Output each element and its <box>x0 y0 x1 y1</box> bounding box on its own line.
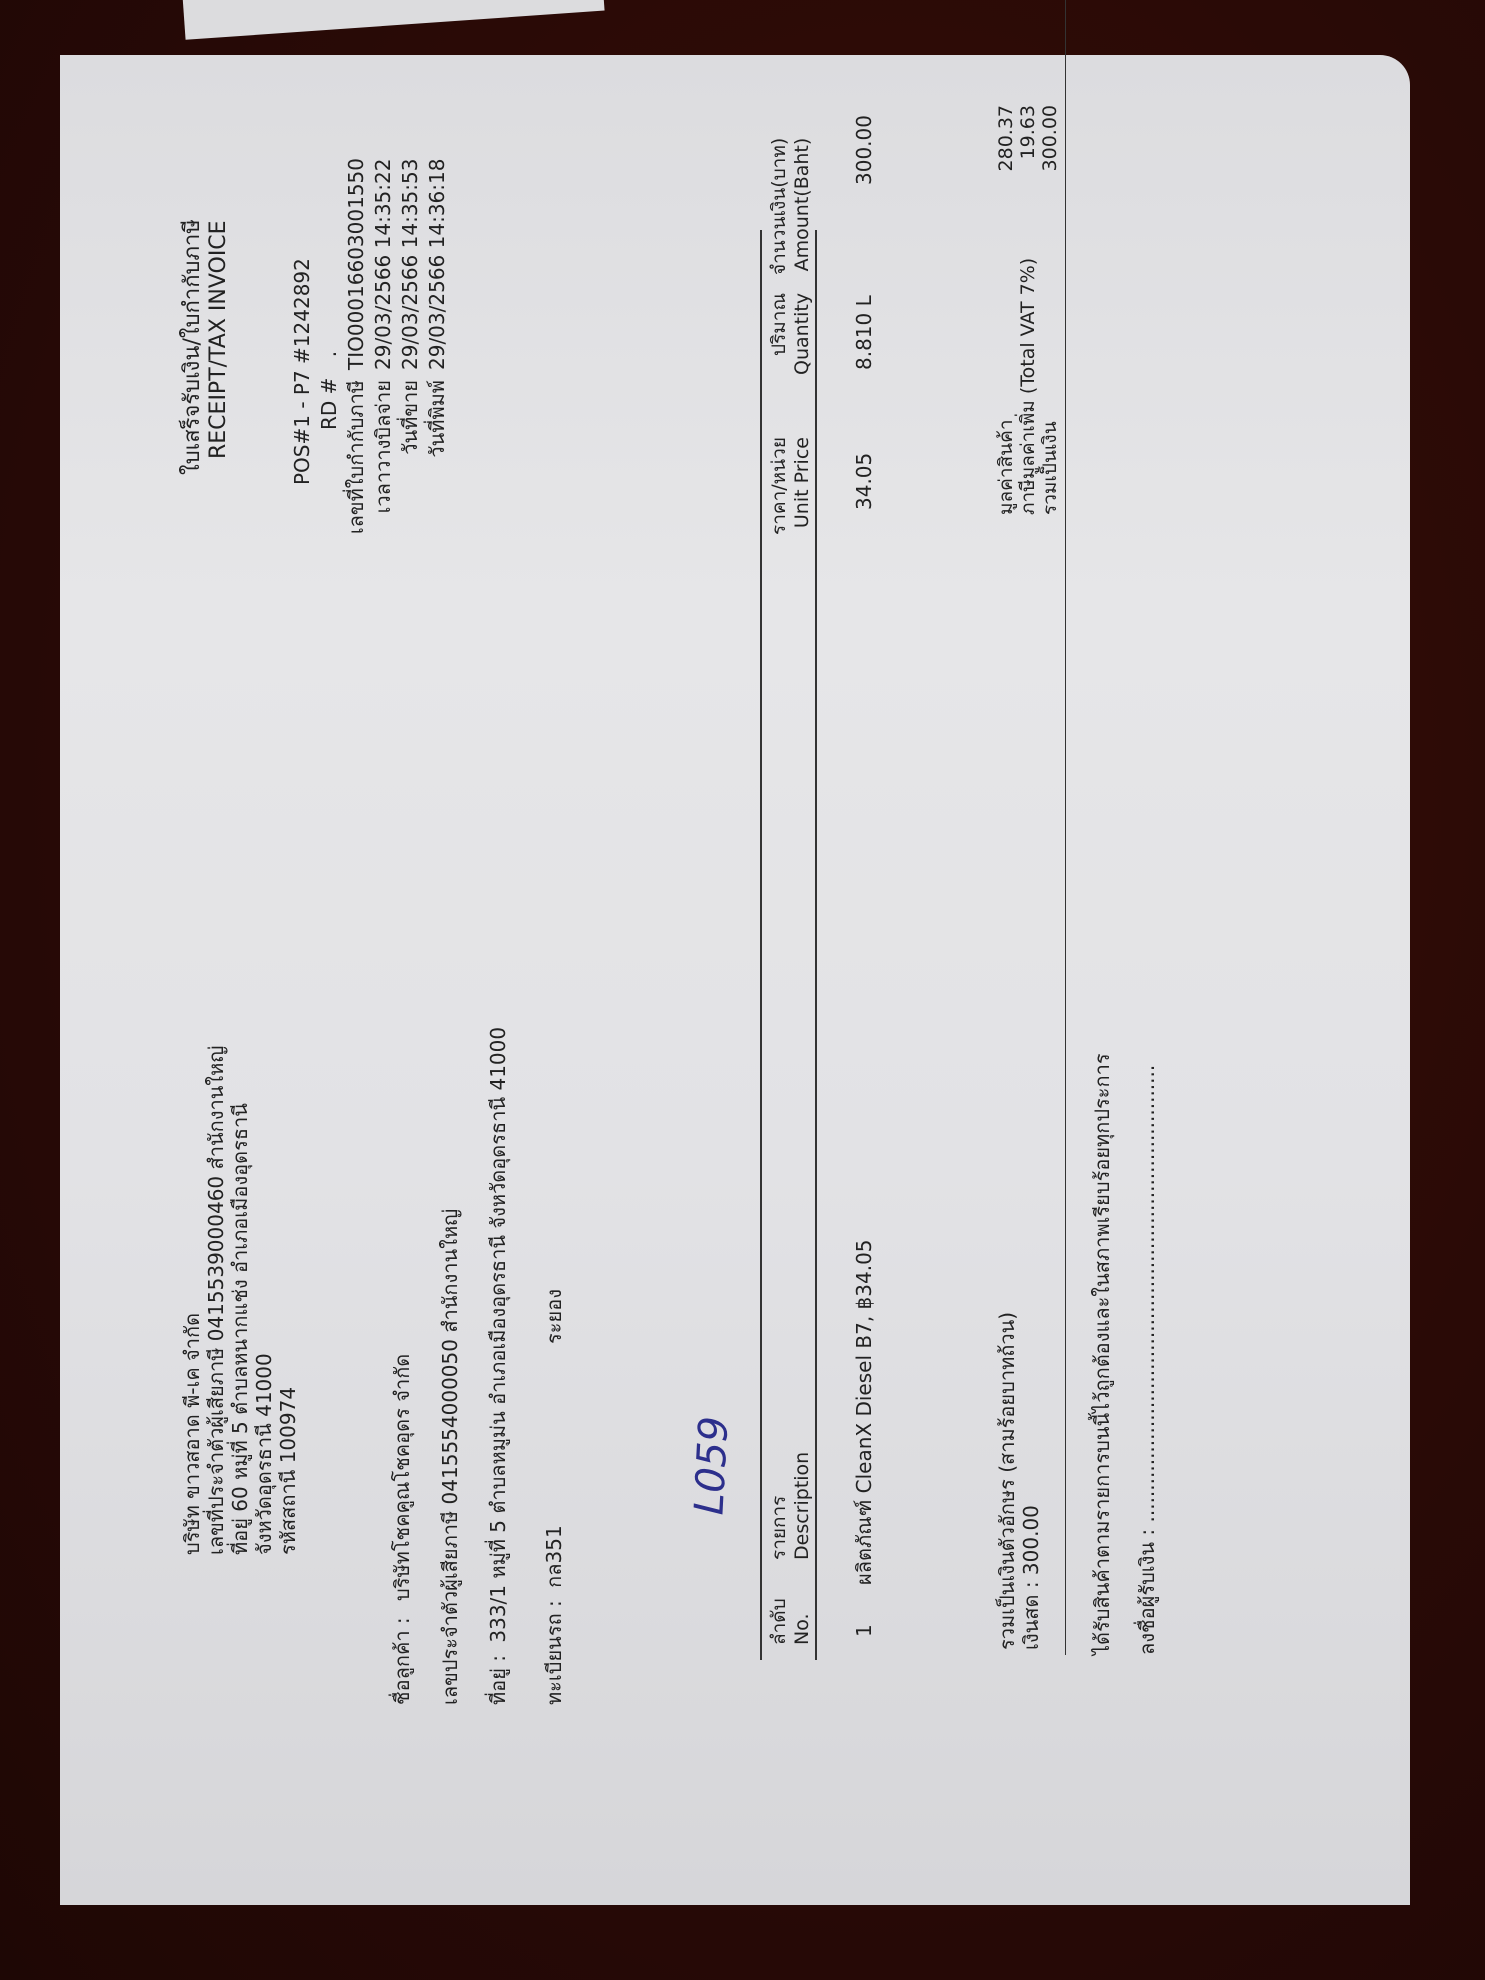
meta-label: วันที่พิมพ์ <box>425 380 449 555</box>
receipt-paper: บริษัท ขาวสอาด พี-เค จำกัด เลขที่ประจำตั… <box>60 55 1410 1905</box>
plate-province: ระยอง <box>542 1289 566 1344</box>
pos-line: POS#1 - P7 #1242892 <box>290 158 317 555</box>
col-header-th: จำนวนเงิน(บาท) <box>768 138 791 275</box>
item-unit-price: 34.05 <box>852 453 876 510</box>
subtotal-value: 280.37 <box>995 105 1017 175</box>
vat-value: 19.63 <box>1017 105 1039 175</box>
customer-name: บริษัทโชคคูณโชคอุดร จำกัด <box>390 1354 414 1601</box>
document-meta: POS#1 - P7 #1242892 RD # . เลขที่ใบกำกับ… <box>290 158 452 555</box>
total-value: 300.00 <box>1039 105 1061 175</box>
rd-label: RD # <box>317 378 341 430</box>
cash-paid: เงินสด : 300.00 <box>1019 1312 1043 1650</box>
plate-number: กล351 <box>542 1525 566 1588</box>
plate-label: ทะเบียนรถ : <box>542 1600 566 1705</box>
col-header-en: Unit Price <box>791 437 814 535</box>
customer-block: ชื่อลูกค้า : บริษัทโชคคูณโชคอุดร จำกัด เ… <box>390 1027 590 1705</box>
rd-value: . <box>317 351 341 357</box>
customer-address: 333/1 หมู่ที่ 5 ตำบลหมูม่น อำเภอเมืองอุด… <box>486 1027 510 1643</box>
col-header-th: ราคา/หน่วย <box>768 437 791 535</box>
amount-in-words-block: รวมเป็นเงินตัวอักษร (สามร้อยบาทถ้วน) เงิ… <box>995 1312 1043 1650</box>
title-th: ใบเสร็จรับเงิน/ใบกำกับภาษี <box>180 219 206 475</box>
item-description: ผลิตภัณฑ์ CleanX Diesel B7, ฿34.05 <box>852 1239 876 1585</box>
signature-line: ลงชื่อผู้รับเงิน : .....................… <box>1135 1065 1159 1655</box>
total-label: รวมเป็นเงิน <box>1039 258 1061 515</box>
title-en: RECEIPT/TAX INVOICE <box>206 219 232 475</box>
col-header-unit-price: ราคา/หน่วย Unit Price <box>768 437 814 535</box>
item-quantity: 8.810 L <box>852 295 876 370</box>
acknowledgement: ได้รับสินค้าตามรายการบนนี้ไว้ถูกต้องและใ… <box>1090 1053 1114 1655</box>
receipt-photo: บริษัท ขาวสอาด พี-เค จำกัด เลขที่ประจำตั… <box>60 55 1410 1905</box>
col-header-no: ลำดับ No. <box>768 1598 814 1645</box>
company-tax-id: เลขที่ประจำตัวผู้เสียภาษี 0415539000460 … <box>204 1046 228 1555</box>
meta-row: วันที่พิมพ์29/03/2566 14:36:18 <box>425 158 452 555</box>
col-header-en: Quantity <box>791 293 814 375</box>
meta-label: เลขที่ใบกำกับภาษี <box>344 380 368 555</box>
col-header-en: Description <box>791 1452 814 1560</box>
handwritten-note: L059 <box>697 1416 726 1516</box>
item-amount: 300.00 <box>852 115 876 185</box>
vat-label: ภาษีมูลค่าเพิ่ม (Total VAT 7%) <box>1017 258 1039 515</box>
totals-labels: มูลค่าสินค้า ภาษีมูลค่าเพิ่ม (Total VAT … <box>995 258 1061 515</box>
table-header-rule <box>815 230 817 1660</box>
company-name: บริษัท ขาวสอาด พี-เค จำกัด <box>180 1046 204 1555</box>
plate-row: ทะเบียนรถ : กล351 ระยอง <box>542 1027 590 1705</box>
meta-row: เวลาวางบิลจ่าย29/03/2566 14:35:22 <box>371 158 398 555</box>
customer-name-row: ชื่อลูกค้า : บริษัทโชคคูณโชคอุดร จำกัด <box>390 1027 438 1705</box>
col-header-quantity: ปริมาณ Quantity <box>768 293 814 375</box>
col-header-th: รายการ <box>768 1452 791 1560</box>
item-no: 1 <box>852 1624 876 1637</box>
totals-values: 280.37 19.63 300.00 <box>995 105 1061 175</box>
amount-in-words: รวมเป็นเงินตัวอักษร (สามร้อยบาทถ้วน) <box>995 1312 1019 1650</box>
document-title: ใบเสร็จรับเงิน/ใบกำกับภาษี RECEIPT/TAX I… <box>180 219 232 475</box>
rd-line: RD # . <box>317 158 344 555</box>
col-header-th: ปริมาณ <box>768 293 791 375</box>
meta-value: 29/03/2566 14:36:18 <box>425 159 449 370</box>
company-address-1: ที่อยู่ 60 หมู่ที่ 5 ตำบลหนากแช่ง อำเภอเ… <box>228 1046 252 1555</box>
footer-rule <box>1065 0 1066 1655</box>
table-top-rule <box>760 230 762 1660</box>
background-paper-scrap <box>180 0 605 40</box>
meta-value: TIO00016603001550 <box>344 158 368 370</box>
meta-value: 29/03/2566 14:35:22 <box>371 159 395 370</box>
signature-label: ลงชื่อผู้รับเงิน : <box>1135 1529 1159 1655</box>
meta-row: วันที่ขาย29/03/2566 14:35:53 <box>398 158 425 555</box>
customer-address-row: ที่อยู่ : 333/1 หมู่ที่ 5 ตำบลหมูม่น อำเ… <box>486 1027 534 1705</box>
subtotal-label: มูลค่าสินค้า <box>995 258 1017 515</box>
col-header-description: รายการ Description <box>768 1452 814 1560</box>
meta-label: วันที่ขาย <box>398 380 422 555</box>
meta-row: เลขที่ใบกำกับภาษีTIO00016603001550 <box>344 158 371 555</box>
station-code: รหัสสถานี 100974 <box>276 1046 300 1555</box>
company-address-2: จังหวัดอุดรธานี 41000 <box>252 1046 276 1555</box>
col-header-th: ลำดับ <box>768 1598 791 1645</box>
company-header: บริษัท ขาวสอาด พี-เค จำกัด เลขที่ประจำตั… <box>180 1046 300 1555</box>
signature-dots: ........................................… <box>1135 1065 1159 1523</box>
col-header-en: No. <box>791 1598 814 1645</box>
col-header-en: Amount(Baht) <box>791 138 814 275</box>
meta-label: เวลาวางบิลจ่าย <box>371 380 395 555</box>
customer-name-label: ชื่อลูกค้า : <box>390 1617 414 1705</box>
customer-tax-id: เลขประจำตัวผู้เสียภาษี 0415554000050 สำน… <box>438 1027 486 1705</box>
col-header-amount: จำนวนเงิน(บาท) Amount(Baht) <box>768 138 814 275</box>
meta-value: 29/03/2566 14:35:53 <box>398 159 422 370</box>
customer-address-label: ที่อยู่ : <box>486 1655 510 1705</box>
